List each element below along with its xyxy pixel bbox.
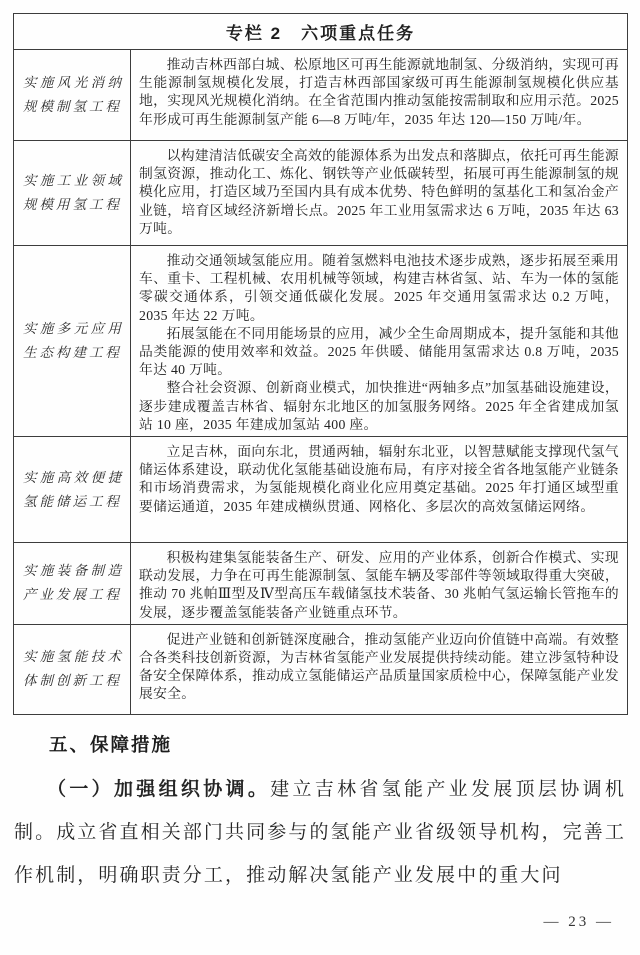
task-label: 实施多元应用生态构建工程	[14, 246, 131, 437]
task-description: 推动交通领域氢能应用。随着氢燃料电池技术逐步成熟，逐步拓展至乘用车、重卡、工程机…	[131, 246, 628, 437]
table-row: 实施多元应用生态构建工程 推动交通领域氢能应用。随着氢燃料电池技术逐步成熟，逐步…	[14, 246, 628, 437]
task-label: 实施高效便捷氢能储运工程	[14, 437, 131, 543]
task-label: 实施氢能技术体制创新工程	[14, 624, 131, 714]
table-row: 实施装备制造产业发展工程 积极构建集氢能装备生产、研发、应用的产业体系，创新合作…	[14, 543, 628, 625]
page-number: — 23 —	[544, 914, 615, 931]
task-description: 以构建清洁低碳安全高效的能源体系为出发点和落脚点，依托可再生能源制氢资源，推动化…	[131, 141, 628, 246]
table-row: 实施氢能技术体制创新工程 促进产业链和创新链深度融合，推动氢能产业迈向价值链中高…	[14, 624, 628, 714]
key-tasks-table: 专栏 2 六项重点任务 实施风光消纳规模制氢工程 推动吉林西部白城、松原地区可再…	[13, 13, 628, 715]
task-description: 推动吉林西部白城、松原地区可再生能源就地制氢、分级消纳，实现可再生能源制氢规模化…	[131, 50, 628, 141]
task-description: 促进产业链和创新链深度融合，推动氢能产业迈向价值链中高端。有效整合各类科技创新资…	[131, 624, 628, 714]
body-paragraph: （一）加强组织协调。建立吉林省氢能产业发展顶层协调机制。成立省直相关部门共同参与…	[14, 768, 626, 897]
table-row: 实施高效便捷氢能储运工程 立足吉林，面向东北，贯通两轴，辐射东北亚，以智慧赋能支…	[14, 437, 628, 543]
paragraph-lead: （一）加强组织协调。	[47, 779, 270, 800]
paragraph: 以构建清洁低碳安全高效的能源体系为出发点和落脚点，依托可再生能源制氢资源，推动化…	[139, 147, 619, 238]
task-description: 立足吉林，面向东北，贯通两轴，辐射东北亚，以智慧赋能支撑现代氢气储运体系建设，联…	[131, 437, 628, 543]
paragraph: 整合社会资源、创新商业模式，加快推进“两轴多点”加氢基础设施建设，逐步建成覆盖吉…	[139, 379, 619, 434]
task-label: 实施风光消纳规模制氢工程	[14, 50, 131, 141]
paragraph: 推动吉林西部白城、松原地区可再生能源就地制氢、分级消纳，实现可再生能源制氢规模化…	[139, 56, 619, 129]
table-row: 实施工业领域规模用氢工程 以构建清洁低碳安全高效的能源体系为出发点和落脚点，依托…	[14, 141, 628, 246]
document-page: 专栏 2 六项重点任务 实施风光消纳规模制氢工程 推动吉林西部白城、松原地区可再…	[0, 0, 640, 955]
paragraph: 拓展氢能在不同用能场景的应用，减少全生命周期成本，提升氢能和其他品类能源的使用效…	[139, 325, 619, 380]
task-label: 实施工业领域规模用氢工程	[14, 141, 131, 246]
paragraph: 促进产业链和创新链深度融合，推动氢能产业迈向价值链中高端。有效整合各类科技创新资…	[139, 631, 619, 704]
paragraph: 积极构建集氢能装备生产、研发、应用的产业体系，创新合作模式、实现联动发展，力争在…	[139, 549, 619, 622]
paragraph: 立足吉林，面向东北，贯通两轴，辐射东北亚，以智慧赋能支撑现代氢气储运体系建设，联…	[139, 443, 619, 516]
section-heading: 五、保障措施	[49, 731, 172, 757]
table-row: 实施风光消纳规模制氢工程 推动吉林西部白城、松原地区可再生能源就地制氢、分级消纳…	[14, 50, 628, 141]
table-title: 专栏 2 六项重点任务	[14, 14, 628, 50]
table-title-row: 专栏 2 六项重点任务	[14, 14, 628, 50]
paragraph: 推动交通领域氢能应用。随着氢燃料电池技术逐步成熟，逐步拓展至乘用车、重卡、工程机…	[139, 252, 619, 325]
task-description: 积极构建集氢能装备生产、研发、应用的产业体系，创新合作模式、实现联动发展，力争在…	[131, 543, 628, 625]
task-label: 实施装备制造产业发展工程	[14, 543, 131, 625]
